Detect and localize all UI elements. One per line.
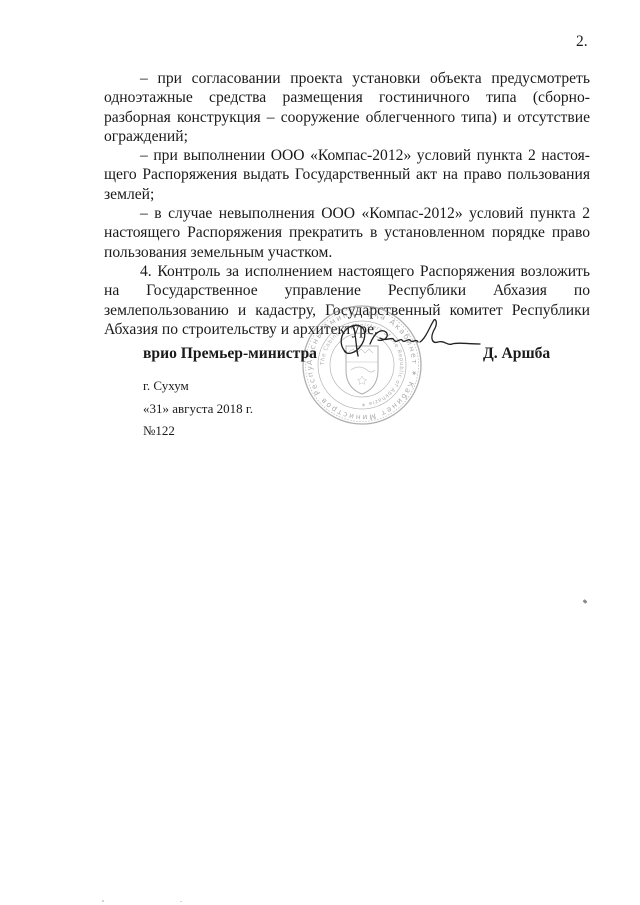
document-city: г. Сухум (143, 378, 189, 394)
handwritten-signature-icon (334, 316, 484, 362)
signatory-position-title: врио Премьер-министра (143, 345, 317, 363)
paragraph-issue-state-act: – при выполнении ООО «Компас-2012» услов… (104, 146, 590, 204)
scan-artifact (583, 599, 588, 604)
document-date: «31» августа 2018 г. (143, 401, 253, 417)
document-body: – при согласовании проекта установки объ… (104, 69, 590, 339)
scan-artifact (102, 900, 104, 902)
document-page: 2. – при согласовании проекта установки … (0, 0, 640, 905)
document-number: №122 (143, 423, 175, 439)
page-number: 2. (576, 33, 588, 51)
paragraph-terminate-land-use: – в случае невыполнения ООО «Компас-2012… (104, 204, 590, 262)
signatory-name: Д. Аршба (483, 345, 550, 363)
paragraph-hotel-type-requirement: – при согласовании проекта установки объ… (104, 69, 590, 146)
scan-artifact (180, 901, 182, 902)
